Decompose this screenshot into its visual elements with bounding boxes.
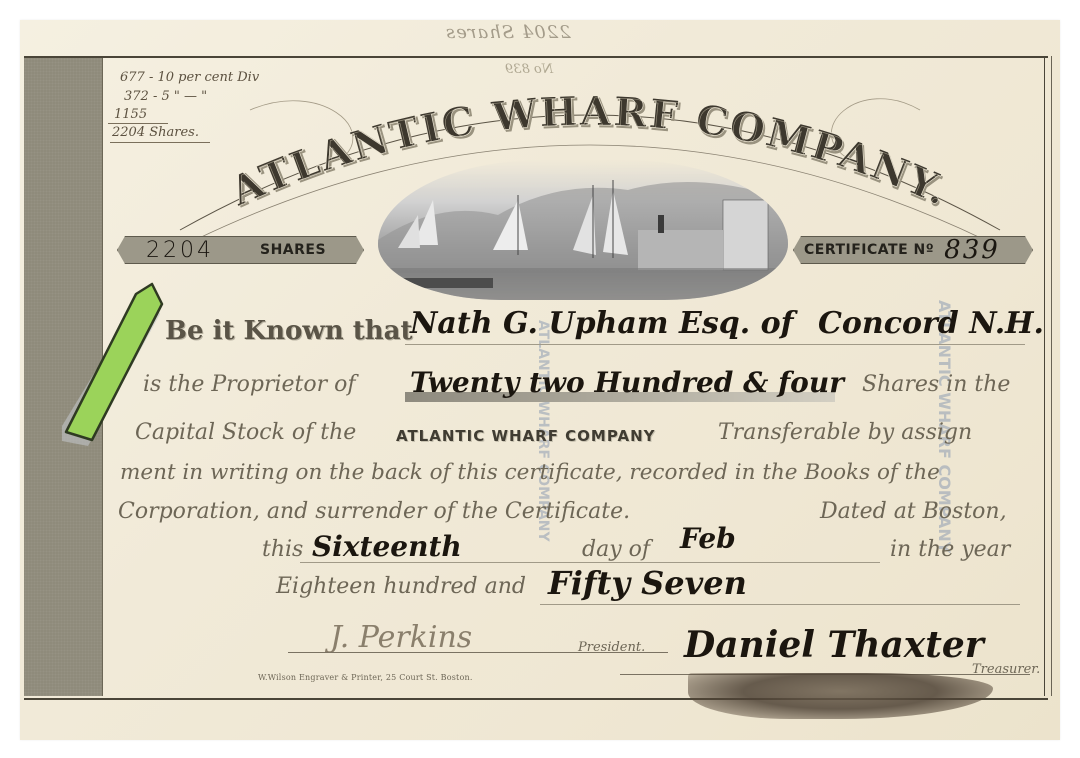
tab-marker-icon bbox=[62, 282, 172, 447]
month-written: Feb bbox=[680, 522, 736, 555]
certificate-label: CERTIFICATE Nº bbox=[804, 242, 934, 258]
this-text: this bbox=[262, 537, 303, 562]
sum-rule bbox=[108, 123, 168, 124]
harbor-vignette bbox=[378, 160, 788, 300]
eighteen-hundred-text: Eighteen hundred and bbox=[276, 574, 526, 599]
shares-in-the-text: Shares in the bbox=[862, 372, 1010, 397]
shares-banner: 2204 SHARES bbox=[117, 236, 364, 264]
fill-line bbox=[405, 344, 1025, 345]
treasurer-signature: Daniel Thaxter bbox=[684, 624, 984, 666]
engraver-imprint: W.Wilson Engraver & Printer, 25 Court St… bbox=[258, 673, 473, 682]
in-the-year-text: in the year bbox=[890, 537, 1010, 562]
certificate-frame-right bbox=[1044, 56, 1052, 696]
bleed-through-note: 2204 Shares bbox=[445, 22, 571, 43]
fill-line bbox=[540, 604, 1020, 605]
shares-label: SHARES bbox=[260, 242, 326, 258]
shares-written: Twenty two Hundred & four bbox=[410, 366, 844, 399]
certificate-number-banner: CERTIFICATE Nº 839 bbox=[793, 236, 1033, 264]
day-written: Sixteenth bbox=[312, 530, 462, 563]
day-of-text: day of bbox=[582, 537, 650, 562]
year-written: Fifty Seven bbox=[548, 564, 747, 602]
holder-name: Nath G. Upham Esq. of bbox=[410, 306, 794, 341]
fill-line bbox=[300, 562, 880, 563]
proprietor-text: is the Proprietor of bbox=[143, 372, 356, 397]
inline-company-name: ATLANTIC WHARF COMPANY bbox=[396, 427, 656, 445]
shares-count: 2204 bbox=[146, 238, 214, 263]
margin-note-line: 1155 bbox=[114, 107, 147, 122]
dated-at-text: Dated at Boston, bbox=[820, 499, 1007, 524]
holder-location: Concord N.H. bbox=[818, 306, 1044, 341]
corporation-text: Corporation, and surrender of the Certif… bbox=[118, 499, 630, 524]
assignment-text: ment in writing on the back of this cert… bbox=[120, 460, 940, 485]
signature-line bbox=[288, 652, 668, 653]
certificate-number: 839 bbox=[944, 235, 1000, 265]
transferable-text: Transferable by assign bbox=[718, 420, 972, 445]
be-it-known-text: Be it Known that bbox=[165, 316, 412, 346]
president-signature: J. Perkins bbox=[330, 620, 472, 655]
